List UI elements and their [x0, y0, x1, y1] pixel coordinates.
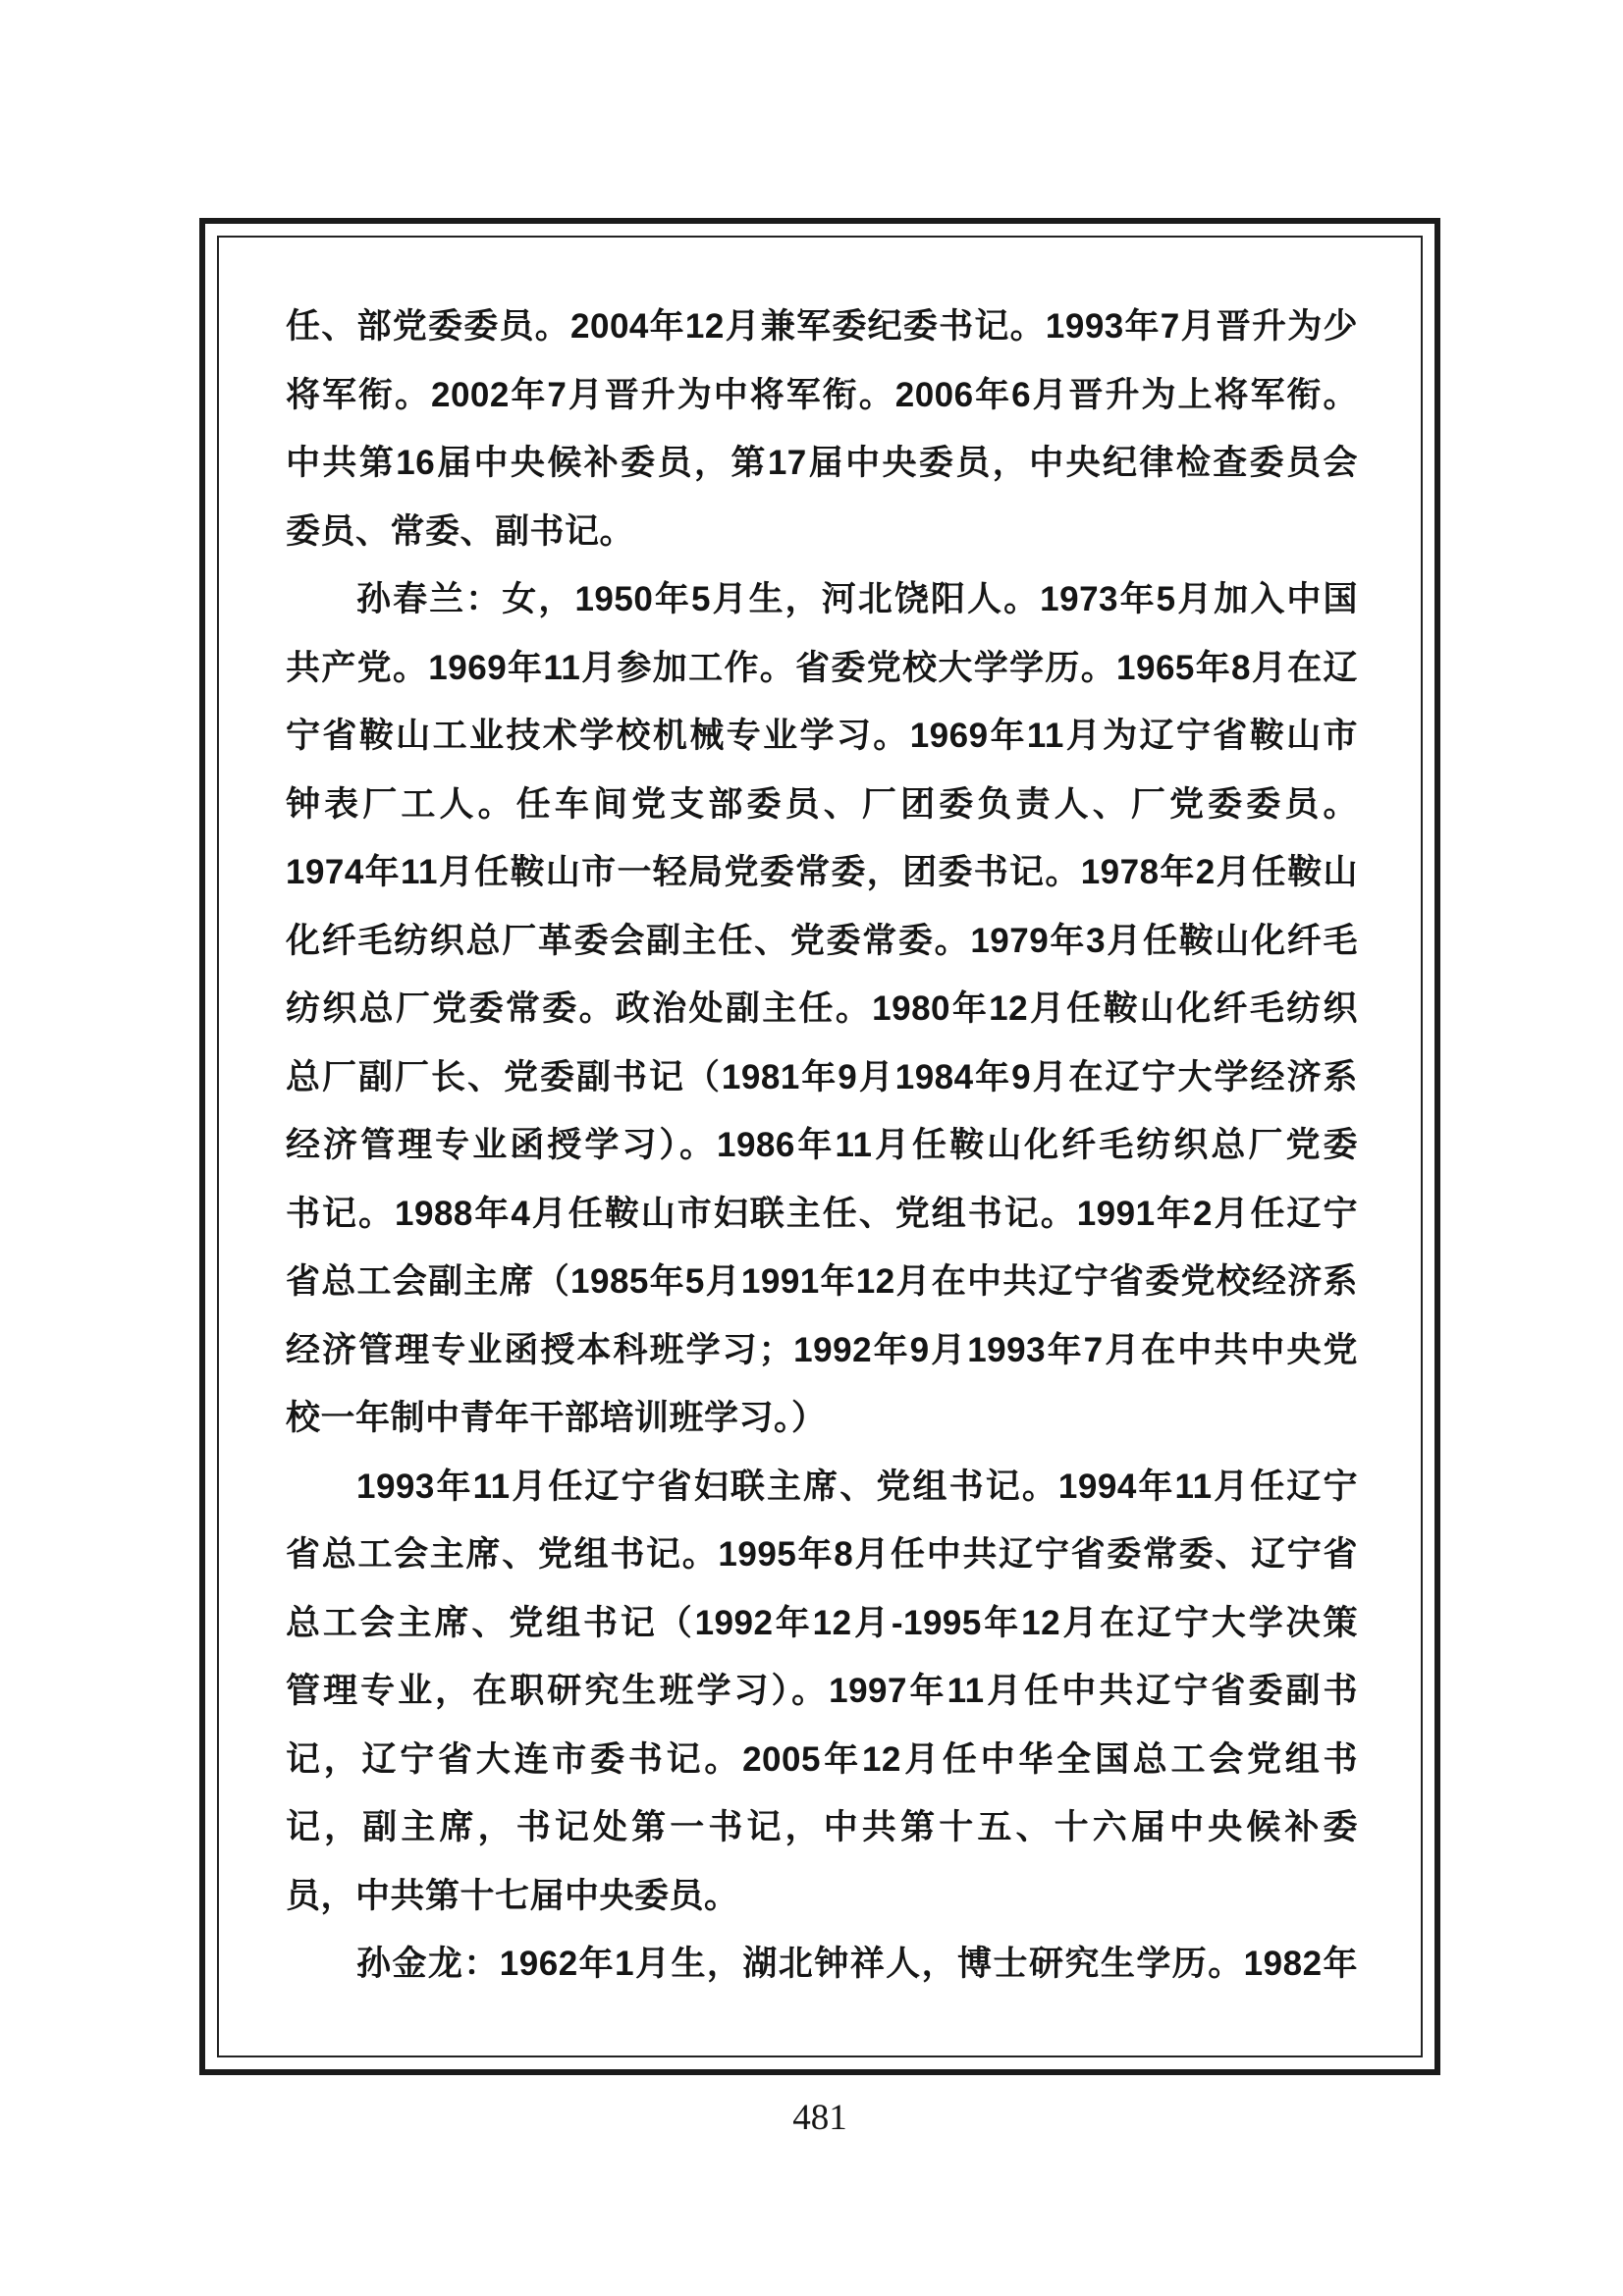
text-line: 中共第16届中央候补委员，第17届中央委员，中央纪律检查委员会 — [286, 429, 1358, 498]
page-outer-border: 任、部党委委员。2004年12月兼军委纪委书记。1993年7月晋升为少将军衔。2… — [199, 218, 1440, 2075]
text-line: 钟表厂工人。任车间党支部委员、厂团委负责人、厂党委委员。 — [286, 771, 1358, 839]
text-line: 记，辽宁省大连市委书记。2005年12月任中华全国总工会党组书 — [286, 1726, 1358, 1794]
text-line: 纺织总厂党委常委。政治处副主任。1980年12月任鞍山化纤毛纺织 — [286, 975, 1358, 1043]
page-inner-border: 任、部党委委员。2004年12月兼军委纪委书记。1993年7月晋升为少将军衔。2… — [217, 236, 1423, 2057]
text-line: 化纤毛纺织总厂革委会副主任、党委常委。1979年3月任鞍山化纤毛 — [286, 907, 1358, 976]
text-line: 记，副主席，书记处第一书记，中共第十五、十六届中央候补委 — [286, 1793, 1358, 1862]
text-line: 将军衔。2002年7月晋升为中将军衔。2006年6月晋升为上将军衔。 — [286, 361, 1358, 430]
text-line: 员，中共第十七届中央委员。 — [286, 1862, 1358, 1931]
text-line: 总工会主席、党组书记（1992年12月-1995年12月在辽宁大学决策 — [286, 1589, 1358, 1658]
text-line: 经济管理专业函授学习）。1986年11月任鞍山化纤毛纺织总厂党委 — [286, 1111, 1358, 1180]
text-line: 管理专业，在职研究生班学习）。1997年11月任中共辽宁省委副书 — [286, 1657, 1358, 1726]
text-line: 宁省鞍山工业技术学校机械专业学习。1969年11月为辽宁省鞍山市 — [286, 702, 1358, 771]
text-line: 1993年11月任辽宁省妇联主席、党组书记。1994年11月任辽宁 — [286, 1453, 1358, 1522]
text-line: 任、部党委委员。2004年12月兼军委纪委书记。1993年7月晋升为少 — [286, 293, 1358, 361]
text-line: 省总工会副主席（1985年5月1991年12月在中共辽宁省委党校经济系 — [286, 1248, 1358, 1316]
text-line: 孙金龙：1962年1月生，湖北钟祥人，博士研究生学历。1982年 — [286, 1930, 1358, 1999]
text-line: 经济管理专业函授本科班学习；1992年9月1993年7月在中共中央党 — [286, 1316, 1358, 1385]
text-line: 校一年制中青年干部培训班学习。） — [286, 1384, 1358, 1453]
text-line: 孙春兰：女，1950年5月生，河北饶阳人。1973年5月加入中国 — [286, 565, 1358, 634]
text-line: 书记。1988年4月任鞍山市妇联主任、党组书记。1991年2月任辽宁 — [286, 1180, 1358, 1249]
text-line: 总厂副厂长、党委副书记（1981年9月1984年9月在辽宁大学经济系 — [286, 1043, 1358, 1112]
page-number: 481 — [199, 2097, 1440, 2139]
text-line: 委员、常委、副书记。 — [286, 498, 1358, 566]
body-text-block: 任、部党委委员。2004年12月兼军委纪委书记。1993年7月晋升为少将军衔。2… — [286, 293, 1358, 1999]
text-line: 省总工会主席、党组书记。1995年8月任中共辽宁省委常委、辽宁省 — [286, 1521, 1358, 1589]
text-line: 共产党。1969年11月参加工作。省委党校大学学历。1965年8月在辽 — [286, 634, 1358, 703]
text-line: 1974年11月任鞍山市一轻局党委常委，团委书记。1978年2月任鞍山 — [286, 838, 1358, 907]
scanned-book-page: 任、部党委委员。2004年12月兼军委纪委书记。1993年7月晋升为少将军衔。2… — [0, 0, 1623, 2296]
